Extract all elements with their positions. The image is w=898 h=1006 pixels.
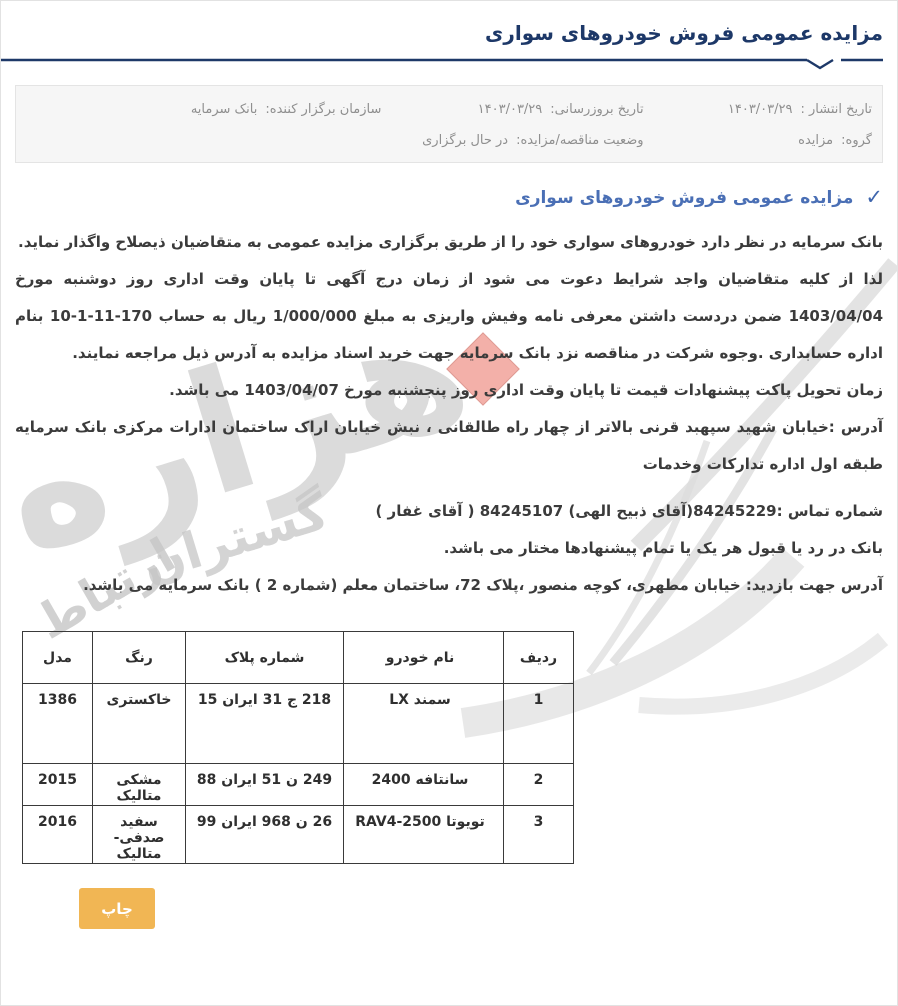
paragraph-rights: بانک در رد یا قبول هر یک یا تمام پیشنهاد… [15, 530, 883, 567]
cell-color: سفید صدفی- متالیک [93, 806, 186, 864]
tender-page: هزاره گستران ارتباط مزایده عمومی فروش خو… [0, 0, 898, 1006]
notice-heading: ✓ مزایده عمومی فروش خودروهای سواری [15, 187, 883, 208]
meta-group: گروه: مزایده [644, 133, 872, 148]
header-row-number: ردیف [504, 632, 574, 684]
meta-update-value: ۱۴۰۳/۰۳/۲۹ [478, 102, 543, 117]
chevron-down-icon [807, 60, 833, 68]
print-button[interactable]: چاپ [79, 888, 155, 929]
meta-info-box: تاریخ انتشار : ۱۴۰۳/۰۳/۲۹ تاریخ بروزرسان… [15, 85, 883, 163]
cell-row-number: 1 [504, 684, 574, 764]
cell-plate: 218 ج 31 ایران 15 [186, 684, 344, 764]
meta-group-label: گروه: [841, 133, 872, 148]
meta-organizer: سازمان برگزار کننده: بانک سرمایه [26, 102, 381, 117]
check-icon: ✓ [865, 187, 883, 208]
table-header-row: ردیف نام خودرو شماره پلاک رنگ مدل [23, 632, 574, 684]
meta-status: وضعیت مناقصه/مزایده: در حال برگزاری [381, 133, 643, 148]
cell-car-name: تویوتا RAV4-2500 [344, 806, 504, 864]
meta-publish-label: تاریخ انتشار : [801, 102, 873, 117]
vehicles-table: ردیف نام خودرو شماره پلاک رنگ مدل 1 سمند… [22, 631, 574, 864]
meta-empty-cell [26, 133, 381, 148]
cell-model: 2016 [23, 806, 93, 864]
notice-body: بانک سرمایه در نظر دارد خودروهای سواری خ… [15, 224, 883, 604]
cell-plate: 249 ن 51 ایران 88 [186, 764, 344, 806]
header-model: مدل [23, 632, 93, 684]
meta-status-label: وضعیت مناقصه/مزایده: [516, 133, 643, 148]
cell-row-number: 3 [504, 806, 574, 864]
paragraph-intro: بانک سرمایه در نظر دارد خودروهای سواری خ… [15, 224, 883, 261]
cell-car-name: سمند LX [344, 684, 504, 764]
paragraph-phone: شماره تماس :84245229(آقای ذبیح الهی) 842… [15, 493, 883, 530]
meta-update-date: تاریخ بروزرسانی: ۱۴۰۳/۰۳/۲۹ [381, 102, 643, 117]
cell-plate: 26 ن 968 ایران 99 [186, 806, 344, 864]
meta-group-value: مزایده [798, 133, 833, 148]
meta-update-label: تاریخ بروزرسانی: [550, 102, 643, 117]
header-car-name: نام خودرو [344, 632, 504, 684]
cell-car-name: سانتافه 2400 [344, 764, 504, 806]
paragraph-deadline: زمان تحویل پاکت پیشنهادات قیمت تا پایان … [15, 372, 883, 409]
table-row: 3 تویوتا RAV4-2500 26 ن 968 ایران 99 سفی… [23, 806, 574, 864]
header-plate-number: شماره پلاک [186, 632, 344, 684]
meta-organizer-value: بانک سرمایه [191, 102, 258, 117]
title-underline [1, 55, 883, 69]
notice-heading-text: مزایده عمومی فروش خودروهای سواری [515, 188, 853, 208]
paragraph-visit-address: آدرس جهت بازدید: خیابان مطهری، کوچه منصو… [15, 567, 883, 604]
cell-model: 2015 [23, 764, 93, 806]
cell-row-number: 2 [504, 764, 574, 806]
paragraph-address: آدرس :خیابان شهید سپهبد قرنی بالاتر از چ… [15, 409, 883, 483]
cell-color: خاکستری [93, 684, 186, 764]
page-title: مزایده عمومی فروش خودروهای سواری [15, 1, 883, 45]
meta-organizer-label: سازمان برگزار کننده: [265, 102, 381, 117]
table-row: 2 سانتافه 2400 249 ن 51 ایران 88 مشکی مت… [23, 764, 574, 806]
paragraph-conditions: لذا از کلیه متقاضیان واجد شرایط دعوت می … [15, 261, 883, 372]
print-button-row: چاپ [15, 888, 883, 929]
header-color: رنگ [93, 632, 186, 684]
meta-status-value: در حال برگزاری [422, 133, 508, 148]
cell-model: 1386 [23, 684, 93, 764]
meta-publish-value: ۱۴۰۳/۰۳/۲۹ [728, 102, 793, 117]
table-row: 1 سمند LX 218 ج 31 ایران 15 خاکستری 1386 [23, 684, 574, 764]
cell-color: مشکی متالیک [93, 764, 186, 806]
meta-publish-date: تاریخ انتشار : ۱۴۰۳/۰۳/۲۹ [644, 102, 872, 117]
